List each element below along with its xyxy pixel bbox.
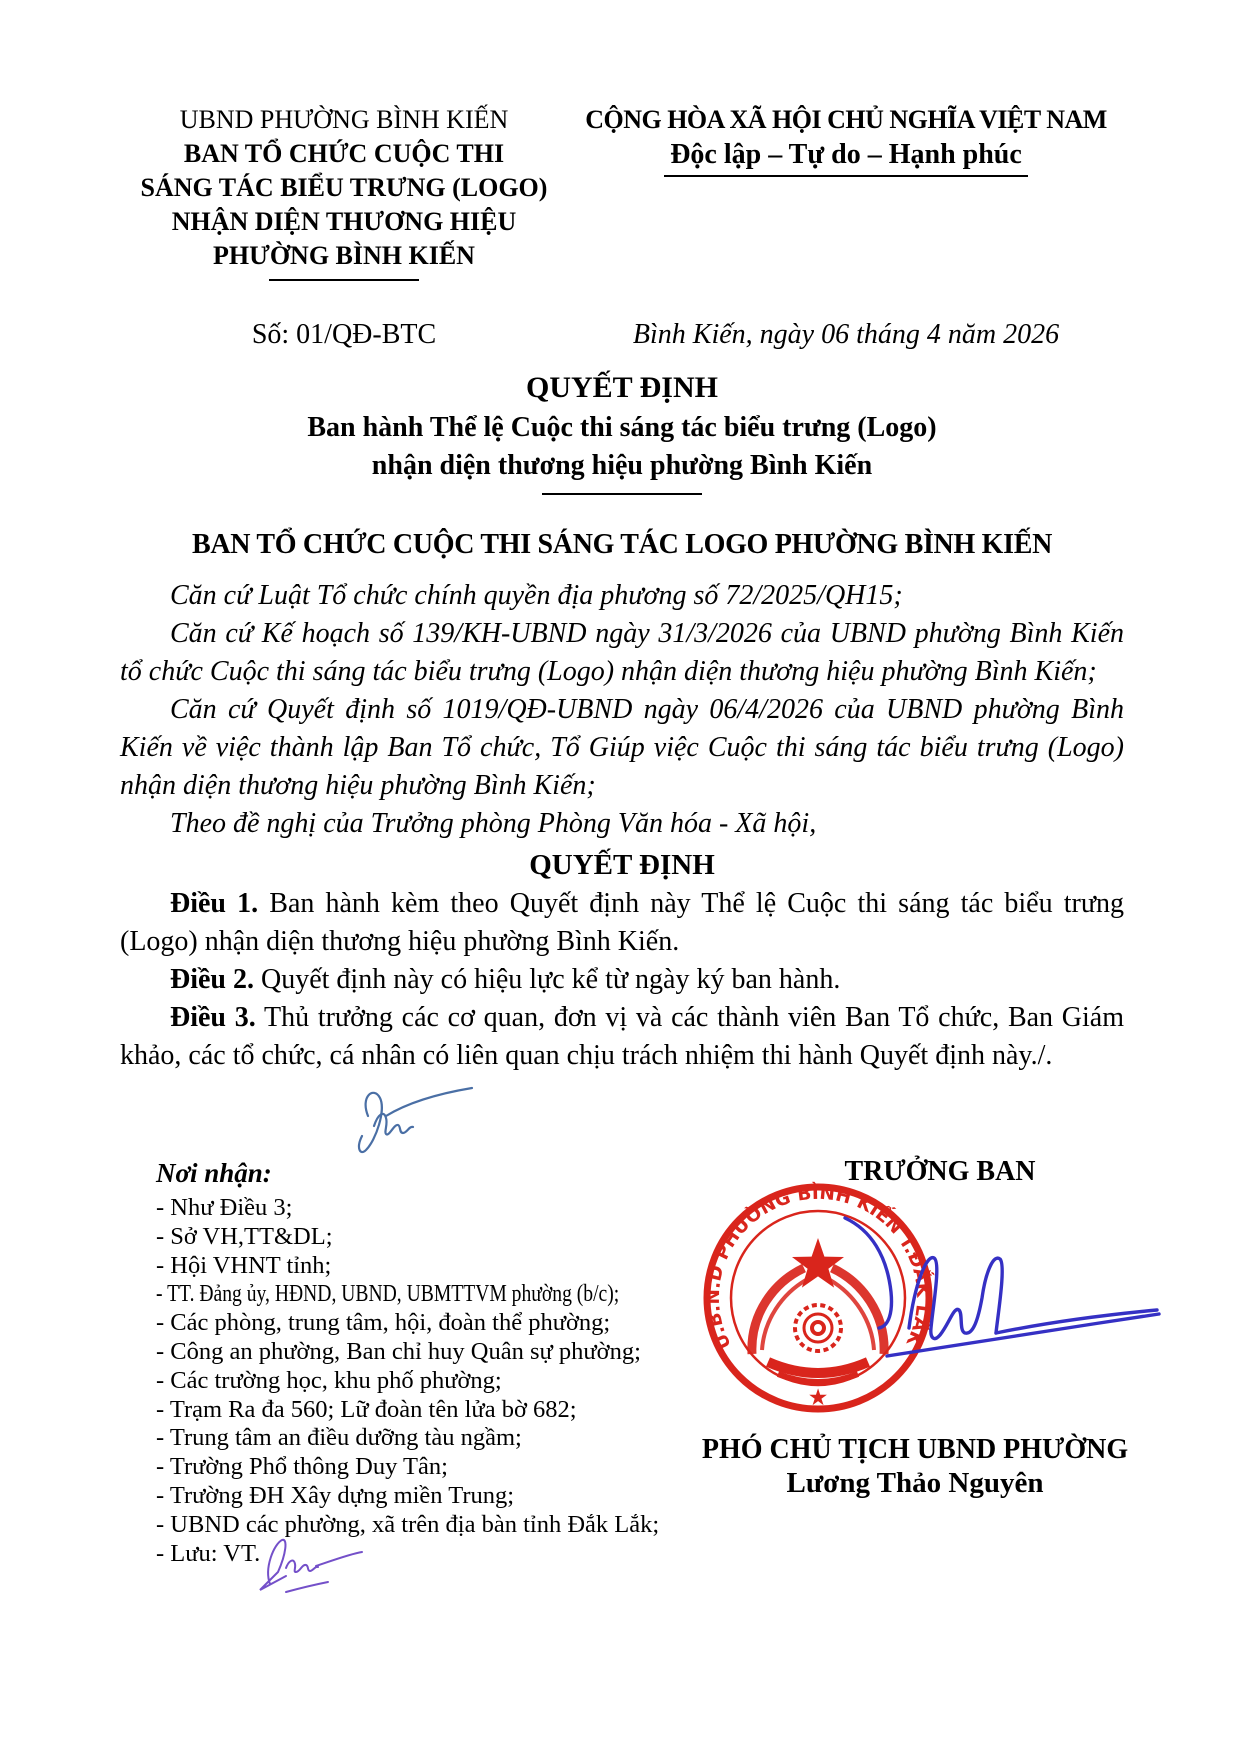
stamp-bottom-star: ★ bbox=[808, 1385, 829, 1410]
document-page: UBND PHƯỜNG BÌNH KIẾN BAN TỔ CHỨC CUỘC T… bbox=[0, 0, 1241, 1755]
signer-position: PHÓ CHỦ TỊCH UBND PHƯỜNG bbox=[700, 1432, 1130, 1467]
article-1-text: Ban hành kèm theo Quyết định này Thể lệ … bbox=[120, 888, 1124, 957]
national-motto: Độc lập – Tự do – Hạnh phúc bbox=[664, 137, 1028, 177]
title-underline bbox=[542, 493, 702, 495]
org-name-line: SÁNG TÁC BIỂU TRƯNG (LOGO) bbox=[120, 171, 568, 205]
articles: Điều 1. Ban hành kèm theo Quyết định này… bbox=[120, 885, 1124, 1075]
decides-heading: QUYẾT ĐỊNH bbox=[120, 845, 1124, 885]
recipient-item: - Sở VH,TT&DL; bbox=[156, 1223, 656, 1252]
recipient-item: - Các phòng, trung tâm, hội, đoàn thể ph… bbox=[156, 1309, 656, 1338]
document-number: Số: 01/QĐ-BTC bbox=[120, 319, 568, 351]
recipient-item: - Như Điều 3; bbox=[156, 1194, 656, 1223]
national-title: CỘNG HÒA XÃ HỘI CHỦ NGHĨA VIỆT NAM bbox=[568, 103, 1124, 137]
recipient-item: - Trạm Ra đa 560; Lữ đoàn tên lửa bờ 682… bbox=[156, 1396, 656, 1425]
article-3: Điều 3. Thủ trưởng các cơ quan, đơn vị v… bbox=[120, 999, 1124, 1075]
article-2-text: Quyết định này có hiệu lực kể từ ngày ký… bbox=[254, 964, 840, 995]
preamble: Căn cứ Luật Tổ chức chính quyền địa phươ… bbox=[120, 577, 1124, 843]
article-3-text: Thủ trưởng các cơ quan, đơn vị và các th… bbox=[120, 1002, 1124, 1071]
signer-name: Lương Thảo Nguyên bbox=[700, 1467, 1130, 1500]
org-underline bbox=[269, 279, 419, 281]
place-and-date: Bình Kiến, ngày 06 tháng 4 năm 2026 bbox=[568, 319, 1124, 351]
org-name-line: NHẬN DIỆN THƯƠNG HIỆU bbox=[120, 205, 568, 239]
leader-signature-ink bbox=[835, 1204, 1165, 1384]
recipients-list: - Như Điều 3; - Sở VH,TT&DL; - Hội VHNT … bbox=[156, 1194, 656, 1568]
recipient-item: - Trường ĐH Xây dựng miền Trung; bbox=[156, 1482, 656, 1511]
document-kind: QUYẾT ĐỊNH bbox=[120, 367, 1124, 409]
org-name-line: BAN TỔ CHỨC CUỘC THI bbox=[120, 137, 568, 171]
article-2-lead: Điều 2. bbox=[170, 964, 254, 995]
recipients-block: Nơi nhận: - Như Điều 3; - Sở VH,TT&DL; -… bbox=[156, 1156, 656, 1568]
document-header: UBND PHƯỜNG BÌNH KIẾN BAN TỔ CHỨC CUỘC T… bbox=[120, 103, 1124, 281]
national-header-block: CỘNG HÒA XÃ HỘI CHỦ NGHĨA VIỆT NAM Độc l… bbox=[568, 103, 1124, 281]
recipient-item: - Công an phường, Ban chỉ huy Quân sự ph… bbox=[156, 1338, 656, 1367]
recipient-item: - Trung tâm an điều dưỡng tàu ngầm; bbox=[156, 1424, 656, 1453]
preamble-paragraph: Căn cứ Kế hoạch số 139/KH-UBND ngày 31/3… bbox=[120, 615, 1124, 691]
title-line-1: Ban hành Thể lệ Cuộc thi sáng tác biểu t… bbox=[120, 409, 1124, 447]
recipients-label: Nơi nhận: bbox=[156, 1156, 656, 1190]
initial-signature-ink bbox=[340, 1078, 490, 1158]
number-date-row: Số: 01/QĐ-BTC Bình Kiến, ngày 06 tháng 4… bbox=[120, 319, 1124, 351]
recipient-item: - Hội VHNT tỉnh; bbox=[156, 1252, 656, 1281]
document-title-block: QUYẾT ĐỊNH Ban hành Thể lệ Cuộc thi sáng… bbox=[120, 367, 1124, 495]
issuing-org-block: UBND PHƯỜNG BÌNH KIẾN BAN TỔ CHỨC CUỘC T… bbox=[120, 103, 568, 281]
recipient-item: - Lưu: VT. bbox=[156, 1540, 656, 1569]
article-1-lead: Điều 1. bbox=[170, 888, 258, 919]
document-content: UBND PHƯỜNG BÌNH KIẾN BAN TỔ CHỨC CUỘC T… bbox=[120, 103, 1124, 1075]
title-line-2: nhận diện thương hiệu phường Bình Kiến bbox=[120, 447, 1124, 485]
preamble-paragraph: Theo đề nghị của Trưởng phòng Phòng Văn … bbox=[120, 805, 1124, 843]
article-1: Điều 1. Ban hành kèm theo Quyết định này… bbox=[120, 885, 1124, 961]
recipient-item: - UBND các phường, xã trên địa bàn tỉnh … bbox=[156, 1511, 656, 1540]
org-name-line: PHƯỜNG BÌNH KIẾN bbox=[120, 239, 568, 273]
recipient-item: - Các trường học, khu phố phường; bbox=[156, 1367, 656, 1396]
org-parent: UBND PHƯỜNG BÌNH KIẾN bbox=[120, 103, 568, 137]
preamble-paragraph: Căn cứ Quyết định số 1019/QĐ-UBND ngày 0… bbox=[120, 691, 1124, 805]
clerk-signature-ink bbox=[246, 1528, 376, 1598]
article-3-lead: Điều 3. bbox=[170, 1002, 256, 1033]
preamble-paragraph: Căn cứ Luật Tổ chức chính quyền địa phươ… bbox=[120, 577, 1124, 615]
recipient-item: - TT. Đảng ủy, HĐND, UBND, UBMTTVM phườn… bbox=[156, 1280, 556, 1309]
issuer-heading: BAN TỔ CHỨC CUỘC THI SÁNG TÁC LOGO PHƯỜN… bbox=[120, 529, 1124, 561]
article-2: Điều 2. Quyết định này có hiệu lực kể từ… bbox=[120, 961, 1124, 999]
recipient-item: - Trường Phổ thông Duy Tân; bbox=[156, 1453, 656, 1482]
